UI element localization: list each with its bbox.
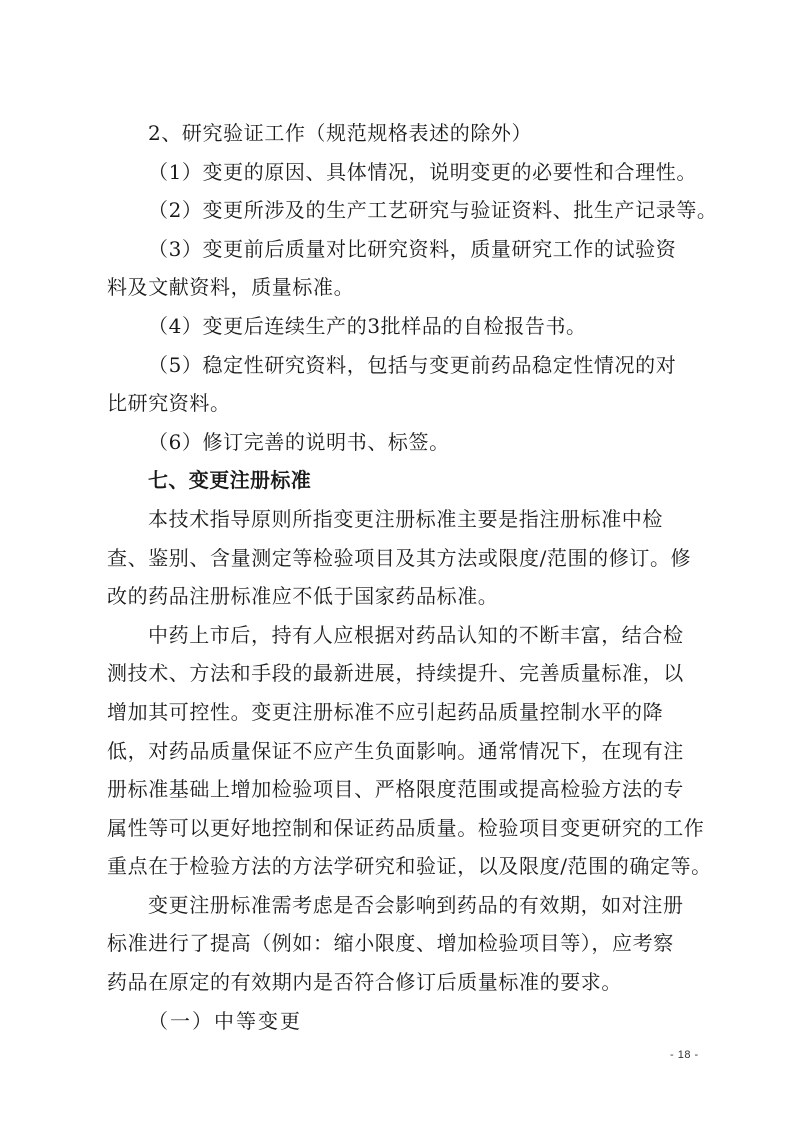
- paragraph-1-line-3: 改的药品注册标准应不低于国家药品标准。: [107, 577, 703, 616]
- page-content: 2、研究验证工作（规范规格表述的除外） （1）变更的原因、具体情况，说明变更的必…: [107, 114, 703, 1040]
- paragraph-1-line-2: 查、鉴别、含量测定等检验项目及其方法或限度/范围的修订。修: [107, 539, 703, 578]
- paragraph-2-line-7: 重点在于检验方法的方法学研究和验证，以及限度/范围的确定等。: [107, 847, 703, 886]
- page-number: - 18 -: [670, 1049, 699, 1061]
- list-item-4: （4）变更后连续生产的3批样品的自检报告书。: [107, 307, 703, 346]
- paragraph-3-line-2: 标准进行了提高（例如：缩小限度、增加检验项目等），应考察: [107, 924, 703, 963]
- section-2-title: 2、研究验证工作（规范规格表述的除外）: [107, 114, 703, 153]
- paragraph-2-line-2: 测技术、方法和手段的最新进展，持续提升、完善质量标准，以: [107, 654, 703, 693]
- paragraph-3-line-3: 药品在原定的有效期内是否符合修订后质量标准的要求。: [107, 963, 703, 1002]
- list-item-3-line-1: （3）变更前后质量对比研究资料，质量研究工作的试验资: [107, 230, 703, 269]
- paragraph-1-line-1: 本技术指导原则所指变更注册标准主要是指注册标准中检: [107, 500, 703, 539]
- paragraph-2-line-6: 属性等可以更好地控制和保证药品质量。检验项目变更研究的工作: [107, 809, 703, 848]
- paragraph-2-line-1: 中药上市后，持有人应根据对药品认知的不断丰富，结合检: [107, 616, 703, 655]
- paragraph-3-line-1: 变更注册标准需考虑是否会影响到药品的有效期，如对注册: [107, 886, 703, 925]
- document-page: 2、研究验证工作（规范规格表述的除外） （1）变更的原因、具体情况，说明变更的必…: [0, 0, 800, 1131]
- list-item-5-line-1: （5）稳定性研究资料，包括与变更前药品稳定性情况的对: [107, 346, 703, 385]
- paragraph-2-line-5: 册标准基础上增加检验项目、严格限度范围或提高检验方法的专: [107, 770, 703, 809]
- list-item-6: （6）修订完善的说明书、标签。: [107, 423, 703, 462]
- section-7-heading: 七、变更注册标准: [107, 461, 703, 500]
- list-item-1: （1）变更的原因、具体情况，说明变更的必要性和合理性。: [107, 153, 703, 192]
- paragraph-2-line-3: 增加其可控性。变更注册标准不应引起药品质量控制水平的降: [107, 693, 703, 732]
- list-item-3-line-2: 料及文献资料，质量标准。: [107, 268, 703, 307]
- list-item-5-line-2: 比研究资料。: [107, 384, 703, 423]
- list-item-2: （2）变更所涉及的生产工艺研究与验证资料、批生产记录等。: [107, 191, 703, 230]
- subsection-heading: （一）中等变更: [107, 1002, 703, 1041]
- paragraph-2-line-4: 低，对药品质量保证不应产生负面影响。通常情况下，在现有注: [107, 732, 703, 771]
